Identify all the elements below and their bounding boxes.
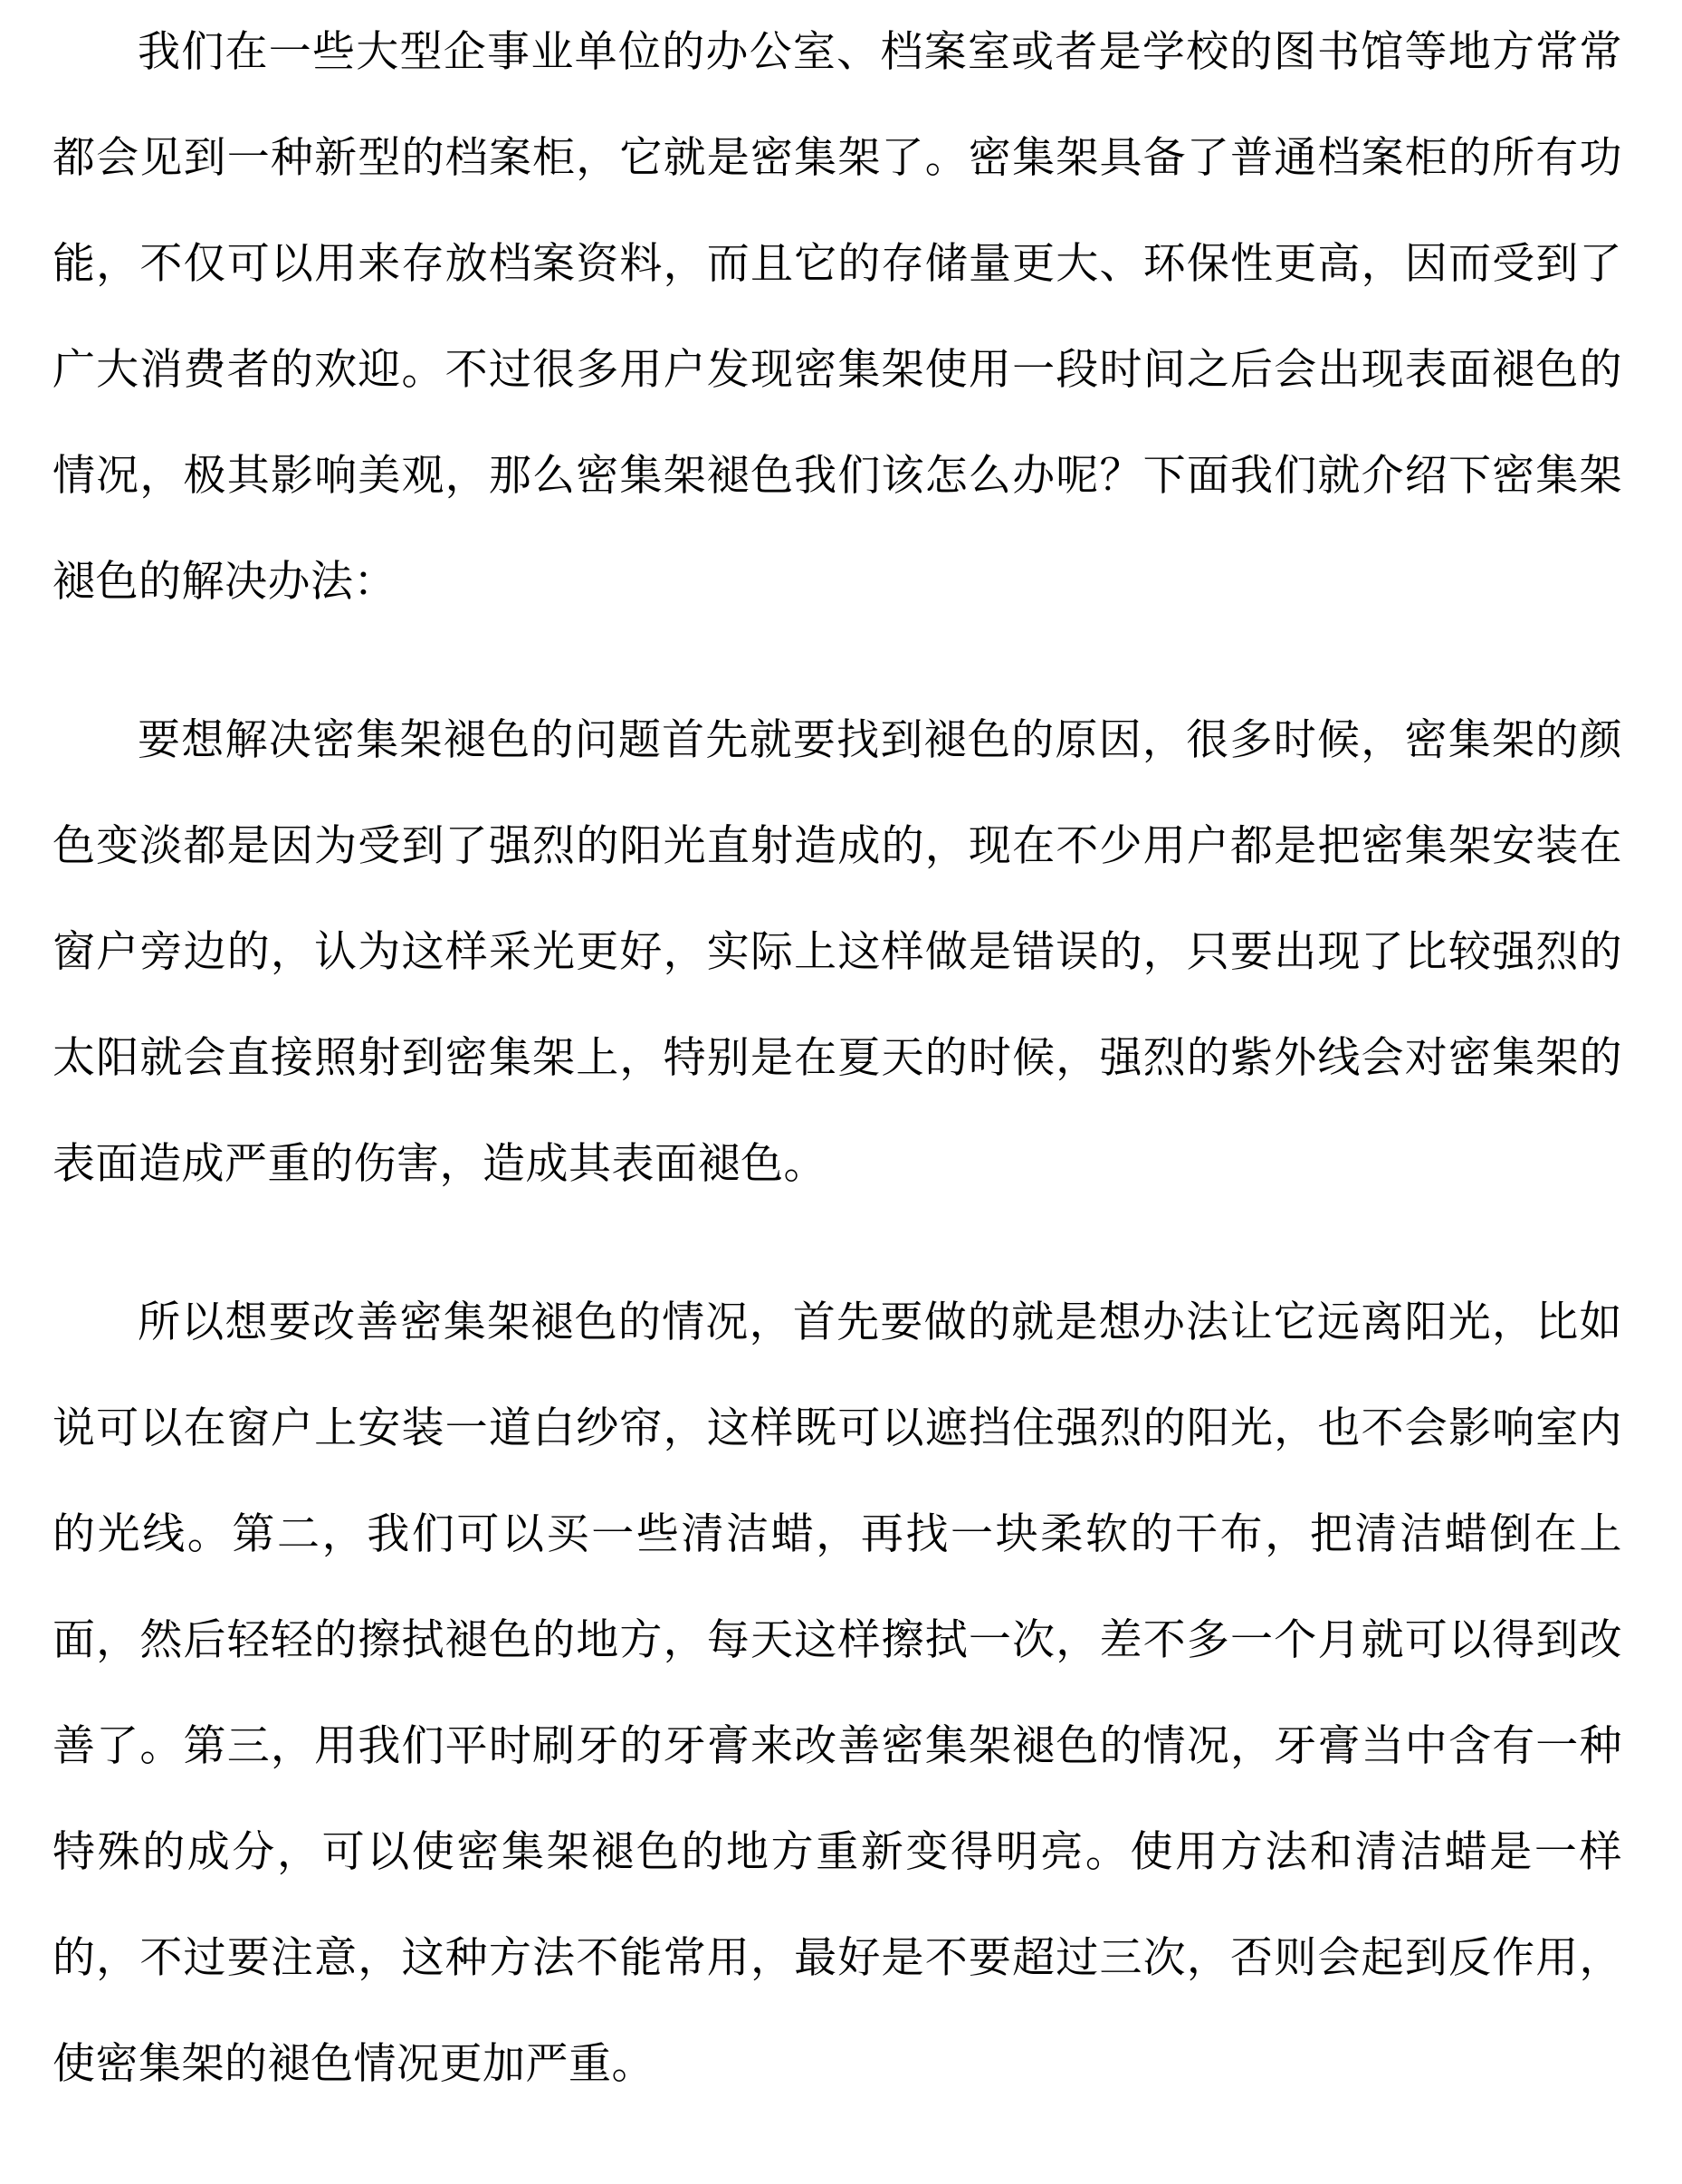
document-page: 我们在一些大型企事业单位的办公室、档案室或者是学校的图书馆等地方常常都会见到一种…	[0, 0, 1682, 2184]
paragraph-cause: 要想解决密集架褪色的问题首先就要找到褪色的原因，很多时候，密集架的颜色变淡都是因…	[53, 688, 1622, 1218]
paragraph-solutions: 所以想要改善密集架褪色的情况，首先要做的就是想办法让它远离阳光，比如说可以在窗户…	[53, 1270, 1622, 2118]
paragraph-intro: 我们在一些大型企事业单位的办公室、档案室或者是学校的图书馆等地方常常都会见到一种…	[53, 0, 1622, 636]
